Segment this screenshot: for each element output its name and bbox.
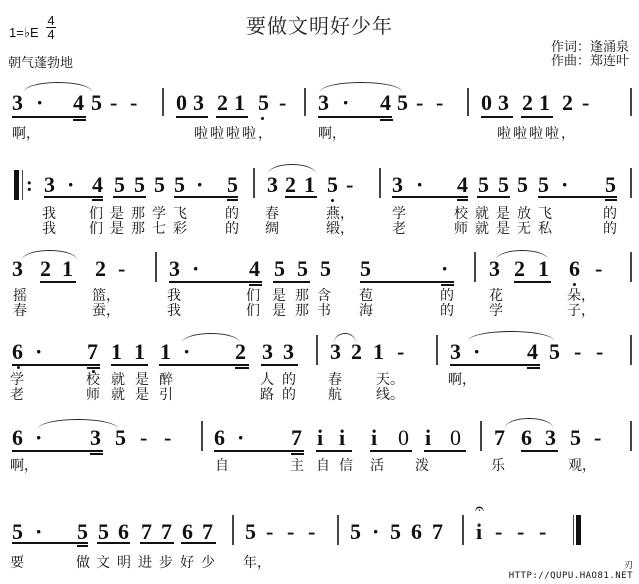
- high-note: i: [339, 427, 345, 449]
- barline: [630, 335, 632, 365]
- dot: ·: [196, 174, 203, 196]
- lyric: 就: [111, 388, 125, 403]
- note: 5: [77, 521, 88, 543]
- barline: [462, 515, 464, 545]
- note: 2: [285, 174, 296, 196]
- lyric: 那: [131, 207, 145, 222]
- note: 1: [373, 341, 384, 363]
- lyric: 七: [152, 222, 166, 237]
- note: 3: [283, 341, 294, 363]
- lyric: 们: [89, 222, 103, 237]
- lyric: 做: [76, 556, 90, 571]
- note: 3: [262, 341, 273, 363]
- dash: -: [582, 92, 589, 114]
- lyric: 啊，: [448, 373, 476, 388]
- lyric: 我: [167, 304, 181, 319]
- barline: [201, 421, 203, 451]
- note: 2: [562, 92, 573, 114]
- note: 6: [411, 521, 422, 543]
- high-note: i: [371, 427, 377, 449]
- lyric: 师: [454, 222, 468, 237]
- underline: [174, 196, 238, 198]
- dot: 5: [360, 258, 371, 280]
- lyric: 的: [603, 222, 617, 237]
- note: 6: [12, 341, 23, 363]
- underline: [318, 116, 392, 118]
- underline: [12, 364, 100, 366]
- note: 5: [134, 174, 145, 196]
- lyric: 春: [13, 304, 27, 319]
- underline: [521, 116, 553, 118]
- dot: ·: [372, 521, 379, 543]
- lyric: 是: [272, 289, 286, 304]
- note: 4: [92, 174, 103, 196]
- dot: ·: [35, 521, 42, 543]
- lyric: 啦啦啦啦，: [497, 127, 577, 142]
- note: 5: [258, 92, 269, 114]
- dash: -: [594, 427, 601, 449]
- lyric: 含: [317, 289, 331, 304]
- note: 6: [569, 258, 580, 280]
- note: 5: [174, 174, 185, 196]
- dash: -: [130, 92, 137, 114]
- note: 0: [481, 92, 492, 114]
- lyric: 们: [246, 289, 260, 304]
- note: 2: [217, 92, 228, 114]
- underline: [527, 367, 540, 369]
- note: 5: [478, 174, 489, 196]
- underline: [92, 199, 103, 201]
- lyric: 我: [42, 207, 56, 222]
- lyric: 那: [131, 222, 145, 237]
- dot: ·: [416, 174, 423, 196]
- lyric: 啦啦啦啦，: [194, 127, 274, 142]
- lyric: 啊，: [318, 127, 346, 142]
- dash: -: [596, 341, 603, 363]
- lyric: 年，: [243, 556, 271, 571]
- note: 7: [494, 427, 505, 449]
- lyric: 是: [272, 304, 286, 319]
- underline: [140, 542, 174, 544]
- underline: [87, 367, 100, 369]
- time-signature: 4 4: [46, 14, 56, 41]
- lyric: 是: [135, 388, 149, 403]
- lyric: 私: [538, 222, 552, 237]
- time-signature-top: 4: [46, 14, 56, 27]
- lyric: 那: [295, 289, 309, 304]
- note: 3: [44, 174, 55, 196]
- dash: -: [308, 521, 315, 543]
- lyric: 的: [282, 388, 296, 403]
- underline: [73, 119, 86, 121]
- note: 5: [91, 92, 102, 114]
- underline: [216, 116, 248, 118]
- lyric: 要: [10, 556, 24, 571]
- note: 3: [318, 92, 329, 114]
- lyric: 的: [440, 304, 454, 319]
- dot: ·: [192, 258, 199, 280]
- underline: [273, 281, 310, 283]
- low-octave-dot: [17, 366, 20, 369]
- underline: [477, 196, 510, 198]
- lyric: 蚕，: [92, 304, 120, 319]
- underline: [12, 116, 86, 118]
- note: 3: [12, 258, 23, 280]
- dot: ·: [183, 341, 190, 363]
- barline: [253, 168, 255, 198]
- lyric: 校: [454, 207, 468, 222]
- lyric: 进: [138, 556, 152, 571]
- note: 1: [234, 92, 245, 114]
- high-note: i: [476, 521, 482, 543]
- note: 3: [498, 92, 509, 114]
- underline: [538, 196, 617, 198]
- lyric: 是: [496, 222, 510, 237]
- lyric: 学: [489, 304, 503, 319]
- lyric: 篮，: [92, 289, 120, 304]
- dot: ·: [237, 427, 244, 449]
- dash: -: [164, 427, 171, 449]
- underline: [12, 542, 88, 544]
- barline: [630, 168, 632, 198]
- note: 5: [227, 174, 238, 196]
- lyric: 放: [517, 207, 531, 222]
- note: 5: [605, 174, 616, 196]
- fermata-icon: 𝄐: [475, 499, 484, 521]
- dash: -: [436, 92, 443, 114]
- underline: [481, 116, 513, 118]
- note: 3: [545, 427, 556, 449]
- lyric: 飞: [538, 207, 552, 222]
- dot: ·: [342, 92, 349, 114]
- note: 2: [351, 341, 362, 363]
- underline: [457, 199, 468, 201]
- lyric: 主: [290, 459, 304, 474]
- composer-credit: 作曲：郑连叶: [551, 54, 629, 69]
- underline: [316, 450, 352, 452]
- barline: [630, 88, 632, 116]
- lyric: 活: [370, 459, 384, 474]
- underline: [214, 450, 304, 452]
- lyric: 老: [10, 388, 24, 403]
- lyric: 是: [135, 373, 149, 388]
- note: 5: [498, 174, 509, 196]
- lyric: 的: [225, 222, 239, 237]
- lyric: 苞: [359, 289, 373, 304]
- lyric: 的: [603, 207, 617, 222]
- slur: [38, 419, 118, 429]
- note: 6: [12, 427, 23, 449]
- lyric: 啊，: [12, 127, 40, 142]
- note: 3: [450, 341, 461, 363]
- barline: [630, 421, 632, 451]
- note: 4: [249, 258, 260, 280]
- barline: [379, 168, 381, 198]
- rest: 0: [450, 427, 461, 449]
- note: 5: [390, 521, 401, 543]
- time-signature-bottom: 4: [46, 28, 56, 41]
- lyric: 学: [152, 207, 166, 222]
- repeat-start-barline: [14, 170, 19, 200]
- lyric: 自: [316, 459, 330, 474]
- lyric: 是: [110, 222, 124, 237]
- song-title: 要做文明好少年: [0, 10, 639, 39]
- note: 2: [235, 341, 246, 363]
- note: 5: [114, 174, 125, 196]
- note: 5: [274, 258, 285, 280]
- dash: -: [266, 521, 273, 543]
- note: 7: [432, 521, 443, 543]
- underline: [521, 450, 558, 452]
- lyric: 乐: [491, 459, 505, 474]
- underline: [441, 284, 454, 286]
- note: 6: [214, 427, 225, 449]
- underline: [605, 199, 617, 201]
- lyric: 燕，: [326, 207, 354, 222]
- note: 5: [297, 258, 308, 280]
- lyric: 的: [440, 289, 454, 304]
- watermark-glyph: 刃: [624, 558, 633, 571]
- slur: [468, 331, 554, 341]
- underline: [450, 364, 540, 366]
- dash: -: [574, 341, 581, 363]
- lyric: 明: [117, 556, 131, 571]
- lyric: 春: [328, 373, 342, 388]
- lyric: 就: [475, 207, 489, 222]
- note: 6: [182, 521, 193, 543]
- note: 5: [538, 174, 549, 196]
- dash: -: [118, 258, 125, 280]
- underline: [90, 453, 103, 455]
- lyric: 就: [111, 373, 125, 388]
- note: 4: [457, 174, 468, 196]
- lyric: 春: [265, 207, 279, 222]
- barline: [162, 88, 164, 116]
- dash: -: [287, 521, 294, 543]
- dash: -: [346, 174, 353, 196]
- lyric: 就: [475, 222, 489, 237]
- note: 4: [380, 92, 391, 114]
- dot: ·: [473, 341, 480, 363]
- note: 3: [193, 92, 204, 114]
- note: 3: [169, 258, 180, 280]
- underline: [181, 542, 216, 544]
- note: 1: [160, 341, 171, 363]
- underline: [235, 367, 249, 369]
- lyric: 的: [225, 207, 239, 222]
- dash: -: [416, 92, 423, 114]
- lyric: 飞: [173, 207, 187, 222]
- note: 6: [521, 427, 532, 449]
- lyric: 的: [282, 373, 296, 388]
- note: 6: [118, 521, 129, 543]
- lyric: 老: [392, 222, 406, 237]
- lyric: 线。: [376, 388, 404, 403]
- high-note: i: [317, 427, 323, 449]
- lyric: 摇: [13, 289, 27, 304]
- lyric: 引: [159, 388, 173, 403]
- barline: [436, 335, 438, 365]
- dash: -: [517, 521, 524, 543]
- note: 4: [527, 341, 538, 363]
- dot: ·: [35, 341, 42, 363]
- lyric: 信: [339, 459, 353, 474]
- note: 5: [154, 174, 165, 196]
- dot: ·: [561, 174, 568, 196]
- note: 5: [320, 258, 331, 280]
- final-barline-thin: [573, 515, 574, 545]
- repeat-dots: :: [26, 174, 33, 196]
- lyric: 啊，: [10, 459, 38, 474]
- lyric: 学: [392, 207, 406, 222]
- dash: -: [140, 427, 147, 449]
- underline: [12, 450, 103, 452]
- dot: ·: [36, 92, 43, 114]
- note: 1: [111, 341, 122, 363]
- lyric: 观，: [568, 459, 596, 474]
- barline: [480, 421, 482, 451]
- low-octave-dot: [261, 117, 264, 120]
- note: 5: [570, 427, 581, 449]
- underline: [169, 281, 262, 283]
- underline: [249, 284, 262, 286]
- lyric: 是: [110, 207, 124, 222]
- note: 0: [176, 92, 187, 114]
- lyric: 朵，: [567, 289, 595, 304]
- note: 1: [62, 258, 73, 280]
- underline: [392, 196, 468, 198]
- note: 5: [12, 521, 23, 543]
- note: 1: [304, 174, 315, 196]
- lyric: 们: [89, 207, 103, 222]
- dash: -: [110, 92, 117, 114]
- dash: -: [595, 258, 602, 280]
- note: 2: [514, 258, 525, 280]
- underline: [261, 364, 298, 366]
- lyric: 们: [246, 304, 260, 319]
- note: 3: [90, 427, 101, 449]
- lyric: 我: [167, 289, 181, 304]
- lyric: 天。: [376, 373, 404, 388]
- note: 3: [489, 258, 500, 280]
- lyric: 少: [201, 556, 215, 571]
- slur: [182, 333, 240, 343]
- underline: [360, 281, 454, 283]
- high-note: i: [425, 427, 431, 449]
- lyric: 路: [260, 388, 274, 403]
- underline: [111, 364, 148, 366]
- underline: [77, 545, 88, 547]
- lyric: 步: [159, 556, 173, 571]
- barline: [22, 170, 23, 200]
- dash: -: [539, 521, 546, 543]
- lyric: 书: [317, 304, 331, 319]
- lyric: 醉: [159, 373, 173, 388]
- note: 5: [397, 92, 408, 114]
- lyric: 那: [295, 304, 309, 319]
- barline: [337, 515, 339, 545]
- dash: -: [495, 521, 502, 543]
- underline: [176, 116, 208, 118]
- lyric: 自: [215, 459, 229, 474]
- note: 5: [98, 521, 109, 543]
- note: 4: [73, 92, 84, 114]
- lyric: 海: [359, 304, 373, 319]
- note: 7: [161, 521, 172, 543]
- underline: [40, 281, 76, 283]
- underline: [159, 364, 249, 366]
- lyric: 是: [496, 207, 510, 222]
- final-barline-thick: [576, 515, 581, 545]
- note: 7: [202, 521, 213, 543]
- lyric: 泼: [415, 459, 429, 474]
- underline: [370, 450, 412, 452]
- lyric: 子，: [567, 304, 595, 319]
- barline: [474, 252, 476, 282]
- lyric: 文: [96, 556, 110, 571]
- note: 3: [330, 341, 341, 363]
- underline: [97, 542, 130, 544]
- note: 1: [539, 92, 550, 114]
- barline: [304, 88, 306, 116]
- note: 5: [245, 521, 256, 543]
- barline: [316, 335, 318, 365]
- note: 2: [95, 258, 106, 280]
- note: 1: [538, 258, 549, 280]
- note: 3: [12, 92, 23, 114]
- underline: [380, 119, 393, 121]
- lyricist-credit: 作词：逢涌泉: [551, 40, 629, 55]
- note: 7: [87, 341, 98, 363]
- note: 1: [134, 341, 145, 363]
- underline: [227, 199, 238, 201]
- barline: [630, 252, 632, 282]
- lyric: 彩: [173, 222, 187, 237]
- lyric: 我: [42, 222, 56, 237]
- note: 5: [549, 341, 560, 363]
- barline: [155, 252, 157, 282]
- dash: -: [397, 341, 404, 363]
- rest: 0: [398, 427, 409, 449]
- note: 7: [291, 427, 302, 449]
- lyric: 学: [10, 373, 24, 388]
- lyric: 校: [86, 373, 100, 388]
- lyric: 师: [86, 388, 100, 403]
- barline: [467, 88, 469, 116]
- lyric: 人: [260, 373, 274, 388]
- lyric: 航: [328, 388, 342, 403]
- low-octave-dot: [573, 283, 576, 286]
- underline: [291, 453, 304, 455]
- dot: ·: [67, 174, 74, 196]
- underline: [113, 196, 146, 198]
- underline: [44, 196, 103, 198]
- key-signature: 1=♭E: [9, 25, 39, 41]
- dash: -: [279, 92, 286, 114]
- note: 3: [267, 174, 278, 196]
- note: 2: [40, 258, 51, 280]
- note: 5: [350, 521, 361, 543]
- lyric: 绸: [265, 222, 279, 237]
- note: 3: [392, 174, 403, 196]
- watermark-url: HTTP://QUPU.HAO81.NET: [509, 571, 633, 581]
- dot: ·: [35, 427, 42, 449]
- lyric: 花: [489, 289, 503, 304]
- underline: [514, 281, 551, 283]
- low-octave-dot: [331, 199, 334, 202]
- lyric: 无: [517, 222, 531, 237]
- tempo-marking: 朝气蓬勃地: [8, 52, 73, 71]
